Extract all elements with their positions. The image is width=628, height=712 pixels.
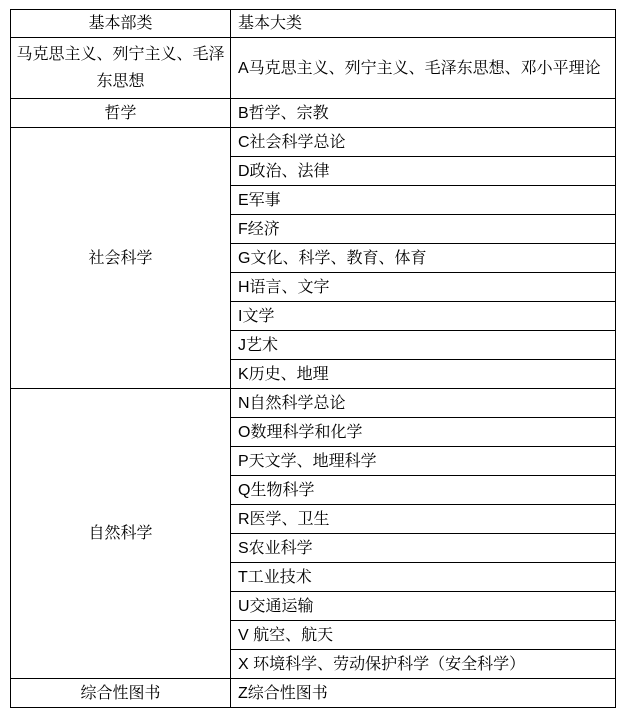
page: 基本部类 基本大类 马克思主义、列宁主义、毛泽东思想A马克思主义、列宁主义、毛泽…: [0, 0, 628, 712]
class-cell: T工业技术: [231, 563, 616, 592]
table-row: 综合性图书Z综合性图书: [11, 679, 616, 708]
class-cell: Z综合性图书: [231, 679, 616, 708]
class-cell: S农业科学: [231, 534, 616, 563]
table-row: 哲学B哲学、宗教: [11, 99, 616, 128]
class-cell: V 航空、航天: [231, 621, 616, 650]
table-row: 社会科学C社会科学总论: [11, 128, 616, 157]
category-cell: 综合性图书: [11, 679, 231, 708]
category-cell: 自然科学: [11, 389, 231, 679]
class-cell: R医学、卫生: [231, 505, 616, 534]
class-cell: Q生物科学: [231, 476, 616, 505]
class-cell: F经济: [231, 215, 616, 244]
table-row: 自然科学N自然科学总论: [11, 389, 616, 418]
class-cell: N自然科学总论: [231, 389, 616, 418]
header-basic-class: 基本大类: [231, 10, 616, 38]
class-cell: J艺术: [231, 331, 616, 360]
class-cell: X 环境科学、劳动保护科学（安全科学）: [231, 650, 616, 679]
table-row: 马克思主义、列宁主义、毛泽东思想A马克思主义、列宁主义、毛泽东思想、邓小平理论: [11, 38, 616, 99]
category-cell: 哲学: [11, 99, 231, 128]
header-basic-category: 基本部类: [11, 10, 231, 38]
category-cell: 马克思主义、列宁主义、毛泽东思想: [11, 38, 231, 99]
class-cell: P天文学、地理科学: [231, 447, 616, 476]
class-cell: O数理科学和化学: [231, 418, 616, 447]
header-row: 基本部类 基本大类: [11, 10, 616, 38]
class-cell: C社会科学总论: [231, 128, 616, 157]
class-cell: U交通运输: [231, 592, 616, 621]
class-cell: E军事: [231, 186, 616, 215]
class-cell: A马克思主义、列宁主义、毛泽东思想、邓小平理论: [231, 38, 616, 99]
class-cell: I文学: [231, 302, 616, 331]
category-cell: 社会科学: [11, 128, 231, 389]
classification-table: 基本部类 基本大类 马克思主义、列宁主义、毛泽东思想A马克思主义、列宁主义、毛泽…: [10, 9, 616, 708]
class-cell: B哲学、宗教: [231, 99, 616, 128]
class-cell: D政治、法律: [231, 157, 616, 186]
classification-table-body: 马克思主义、列宁主义、毛泽东思想A马克思主义、列宁主义、毛泽东思想、邓小平理论哲…: [11, 38, 616, 708]
class-cell: K历史、地理: [231, 360, 616, 389]
class-cell: H语言、文字: [231, 273, 616, 302]
class-cell: G文化、科学、教育、体育: [231, 244, 616, 273]
